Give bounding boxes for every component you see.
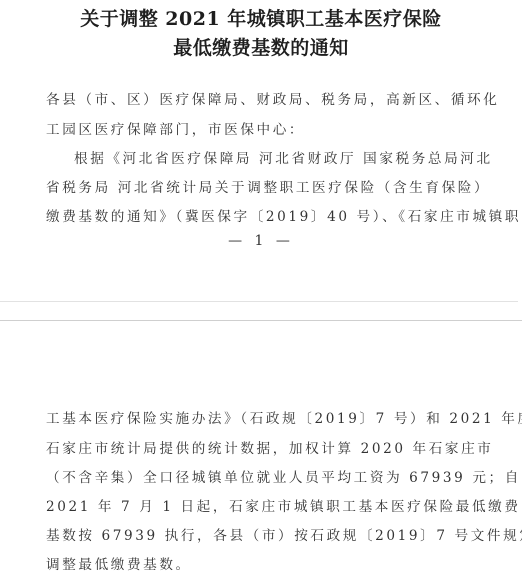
body-paragraph-line-4: 工基本医疗保险实施办法》（石政规〔2019〕7 号）和 2021 年度 [46,407,486,427]
body-paragraph-line-7: 2021 年 7 月 1 日起，石家庄市城镇职工基本医疗保险最低缴费 [46,495,486,515]
body-paragraph-line-8: 基数按 67939 执行，各县（市）按石政规〔2019〕7 号文件规定 [46,524,486,544]
body-paragraph-line-9: 调整最低缴费基数。 [46,553,486,573]
addressee-line-2: 工园区医疗保障部门，市医保中心： [46,118,486,138]
page-1-bottom-edge [0,301,518,302]
addressee-line-1: 各县（市、区）医疗保障局、财政局、税务局，高新区、循环化 [46,88,486,108]
body-paragraph-line-3: 缴费基数的通知》（冀医保字〔2019〕40 号）、《石家庄市城镇职 [46,205,486,225]
body-paragraph-line-5: 石家庄市统计局提供的统计数据，加权计算 2020 年石家庄市 [46,437,486,457]
document-page-1: 关于调整 2021 年城镇职工基本医疗保险 最低缴费基数的通知 各县（市、区）医… [0,0,522,302]
document-page-2: 工基本医疗保险实施办法》（石政规〔2019〕7 号）和 2021 年度 石家庄市… [0,321,522,576]
document-title-line-2: 最低缴费基数的通知 [0,33,522,60]
document-title-line-1: 关于调整 2021 年城镇职工基本医疗保险 [0,4,522,31]
body-paragraph-line-1: 根据《河北省医疗保障局 河北省财政厅 国家税务总局河北 [74,147,514,167]
body-paragraph-line-6: （不含辛集）全口径城镇单位就业人员平均工资为 67939 元；自 [46,466,486,486]
page-number: — 1 — [0,233,522,249]
body-paragraph-line-2: 省税务局 河北省统计局关于调整职工医疗保险（含生育保险） [46,176,486,196]
